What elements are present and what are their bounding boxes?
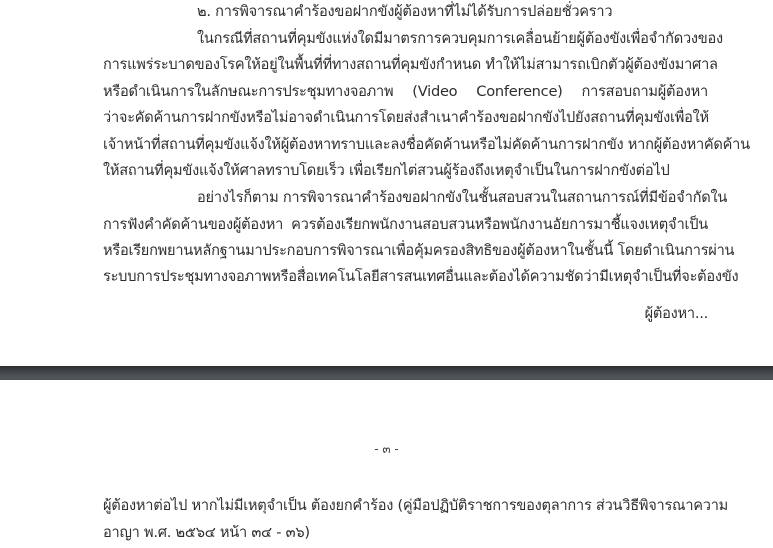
paragraph-line: ว่าจะคัดค้านการฝากขังหรือไม่อาจดำเนินการ… — [103, 107, 708, 129]
paragraph-line: ในกรณีที่สถานที่คุมขังแห่งใดมีมาตรการควบ… — [197, 28, 708, 50]
page-separator — [0, 366, 773, 380]
continuation-marker: ผู้ต้องหา... — [103, 303, 708, 325]
paragraph-line: อย่างไรก็ตาม การพิจารณาคำร้องขอฝากขังในช… — [197, 187, 708, 209]
document-page-top: ๒. การพิจารณาคำร้องขอฝากขังผู้ต้องหาที่ไ… — [0, 0, 773, 366]
paragraph-line: เจ้าหน้าที่สถานที่คุมขังแจ้งให้ผู้ต้องหา… — [103, 134, 708, 156]
paragraph-line: ระบบการประชุมทางจอภาพหรือสื่อเทคโนโลยีสา… — [103, 266, 708, 288]
paragraph-line: ให้สถานที่คุมขังแจ้งให้ศาลทราบโดยเร็ว เพ… — [103, 160, 708, 182]
section-heading: ๒. การพิจารณาคำร้องขอฝากขังผู้ต้องหาที่ไ… — [197, 1, 708, 23]
paragraph-line: อาญา พ.ศ. ๒๕๖๔ หน้า ๓๔ - ๓๖) — [103, 522, 708, 544]
paragraph-line: การฟังคำคัดค้านของผู้ต้องหา ควรต้องเรียก… — [103, 214, 708, 236]
paragraph-line: การแพร่ระบาดของโรคให้อยู่ในพื้นที่ที่ทาง… — [103, 54, 708, 76]
paragraph-line: ผู้ต้องหาต่อไป หากไม่มีเหตุจำเป็น ต้องยก… — [103, 495, 708, 517]
page-number: - ๓ - — [0, 441, 773, 457]
paragraph-line: หรือดำเนินการในลักษณะการประชุมทางจอภาพ (… — [103, 81, 708, 103]
paragraph-line: หรือเรียกพยานหลักฐานมาประกอบการพิจารณาเพ… — [103, 240, 708, 262]
